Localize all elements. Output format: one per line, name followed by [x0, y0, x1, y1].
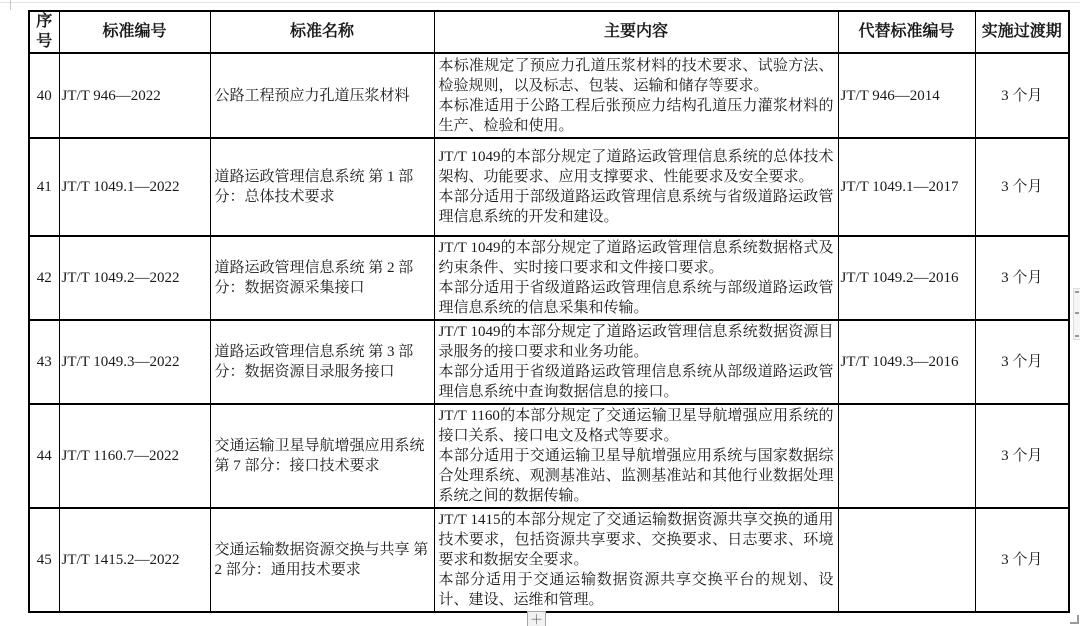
cell-standard-name: 交通运输卫星导航增强应用系统 第 7 部分：接口技术要求 — [210, 404, 434, 508]
cell-standard-code: JT/T 1049.2—2022 — [59, 236, 210, 320]
ruler-tick — [10, 0, 11, 10]
cell-main-content: 本标准规定了预应力孔道压浆材料的技术要求、试验方法、检验规则，以及标志、包装、运… — [434, 53, 838, 138]
content-paragraph: 本部分适用于省级道路运政管理信息系统与部级道路运政管理信息系统的信息采集和传输。 — [439, 278, 834, 318]
cell-standard-code: JT/T 1415.2—2022 — [59, 508, 210, 612]
content-paragraph: 本部分适用于交通运输数据资源共享交换平台的规划、设计、建设、运维和管理。 — [439, 570, 834, 610]
content-paragraph: 本标准规定了预应力孔道压浆材料的技术要求、试验方法、检验规则，以及标志、包装、运… — [439, 56, 834, 96]
cell-seq: 45 — [29, 508, 59, 612]
cell-standard-code: JT/T 1160.7—2022 — [59, 404, 210, 508]
cell-seq: 43 — [29, 320, 59, 404]
cell-transition-period: 3 个月 — [975, 508, 1069, 612]
content-paragraph: JT/T 1415的本部分规定了交通运输数据资源共享交换的通用技术要求，包括资源… — [439, 510, 834, 570]
header-row: 序号 标准编号 标准名称 主要内容 代替标准编号 实施过渡期 — [29, 11, 1069, 53]
cell-seq: 40 — [29, 53, 59, 138]
cell-main-content: JT/T 1049的本部分规定了道路运政管理信息系统数据格式及约束条件、实时接口… — [434, 236, 838, 320]
content-paragraph: JT/T 1049的本部分规定了道路运政管理信息系统数据资源目录服务的接口要求和… — [439, 322, 834, 362]
content-paragraph: 本标准适用于公路工程后张预应力结构孔道压力灌浆材料的生产、检验和使用。 — [439, 96, 834, 136]
cell-standard-name: 道路运政管理信息系统 第 2 部分：数据资源采集接口 — [210, 236, 434, 320]
table-row: 44JT/T 1160.7—2022交通运输卫星导航增强应用系统 第 7 部分：… — [29, 404, 1069, 508]
cell-transition-period: 3 个月 — [975, 404, 1069, 508]
cell-transition-period: 3 个月 — [975, 236, 1069, 320]
cell-standard-code: JT/T 1049.1—2022 — [59, 138, 210, 236]
cell-transition-period: 3 个月 — [975, 320, 1069, 404]
table-row: 40JT/T 946—2022公路工程预应力孔道压浆材料本标准规定了预应力孔道压… — [29, 53, 1069, 138]
content-paragraph: JT/T 1049的本部分规定了道路运政管理信息系统数据格式及约束条件、实时接口… — [439, 238, 834, 278]
scrollbar-grip-line — [1075, 335, 1079, 337]
table-resize-handle-icon[interactable] — [1070, 615, 1079, 624]
cell-replaced-code — [838, 508, 975, 612]
cell-main-content: JT/T 1415的本部分规定了交通运输数据资源共享交换的通用技术要求，包括资源… — [434, 508, 838, 612]
cell-replaced-code — [838, 404, 975, 508]
scrollbar-grip-line — [1075, 312, 1079, 314]
col-header-content: 主要内容 — [434, 11, 838, 53]
cell-seq: 42 — [29, 236, 59, 320]
cell-standard-name: 道路运政管理信息系统 第 1 部分：总体技术要求 — [210, 138, 434, 236]
cell-seq: 44 — [29, 404, 59, 508]
cell-standard-code: JT/T 946—2022 — [59, 53, 210, 138]
cell-main-content: JT/T 1049的本部分规定了道路运政管理信息系统的总体技术架构、功能要求、应… — [434, 138, 838, 236]
table-row: 45JT/T 1415.2—2022交通运输数据资源交换与共享 第 2 部分：通… — [29, 508, 1069, 612]
standards-table: 序号 标准编号 标准名称 主要内容 代替标准编号 实施过渡期 40JT/T 94… — [28, 10, 1070, 613]
cell-seq: 41 — [29, 138, 59, 236]
content-paragraph: 本部分适用于交通运输卫星导航增强应用系统与国家数据综合处理系统、观测基准站、监测… — [439, 446, 834, 506]
standards-table-body: 40JT/T 946—2022公路工程预应力孔道压浆材料本标准规定了预应力孔道压… — [29, 53, 1069, 612]
col-header-transition: 实施过渡期 — [975, 11, 1069, 53]
cell-standard-name: 交通运输数据资源交换与共享 第 2 部分：通用技术要求 — [210, 508, 434, 612]
content-paragraph: 本部分适用于部级道路运政管理信息系统与省级道路运政管理信息系统的开发和建设。 — [439, 187, 834, 227]
cell-main-content: JT/T 1160的本部分规定了交通运输卫星导航增强应用系统的接口关系、接口电文… — [434, 404, 838, 508]
table-row: 42JT/T 1049.2—2022道路运政管理信息系统 第 2 部分：数据资源… — [29, 236, 1069, 320]
cell-transition-period: 3 个月 — [975, 53, 1069, 138]
add-row-button[interactable]: ＋ — [527, 611, 546, 626]
col-header-name: 标准名称 — [210, 11, 434, 53]
cell-replaced-code: JT/T 946—2014 — [838, 53, 975, 138]
cell-replaced-code: JT/T 1049.3—2016 — [838, 320, 975, 404]
col-header-code: 标准编号 — [59, 11, 210, 53]
table-row: 41JT/T 1049.1—2022道路运政管理信息系统 第 1 部分：总体技术… — [29, 138, 1069, 236]
content-paragraph: JT/T 1049的本部分规定了道路运政管理信息系统的总体技术架构、功能要求、应… — [439, 147, 834, 187]
cell-transition-period: 3 个月 — [975, 138, 1069, 236]
table-row: 43JT/T 1049.3—2022道路运政管理信息系统 第 3 部分：数据资源… — [29, 320, 1069, 404]
cell-standard-name: 公路工程预应力孔道压浆材料 — [210, 53, 434, 138]
cell-main-content: JT/T 1049的本部分规定了道路运政管理信息系统数据资源目录服务的接口要求和… — [434, 320, 838, 404]
cell-standard-code: JT/T 1049.3—2022 — [59, 320, 210, 404]
content-paragraph: 本部分适用于省级道路运政管理信息系统从部级道路运政管理信息系统中查询数据信息的接… — [439, 362, 834, 402]
scrollbar-grip-line — [1075, 291, 1079, 293]
col-header-seq: 序号 — [29, 11, 59, 53]
content-paragraph: JT/T 1160的本部分规定了交通运输卫星导航增强应用系统的接口关系、接口电文… — [439, 406, 834, 446]
col-header-replaced: 代替标准编号 — [838, 11, 975, 53]
cell-standard-name: 道路运政管理信息系统 第 3 部分：数据资源目录服务接口 — [210, 320, 434, 404]
cell-replaced-code: JT/T 1049.2—2016 — [838, 236, 975, 320]
cell-replaced-code: JT/T 1049.1—2017 — [838, 138, 975, 236]
window-edge-line — [0, 2, 1080, 3]
vertical-scrollbar-thumb[interactable] — [1073, 288, 1080, 340]
